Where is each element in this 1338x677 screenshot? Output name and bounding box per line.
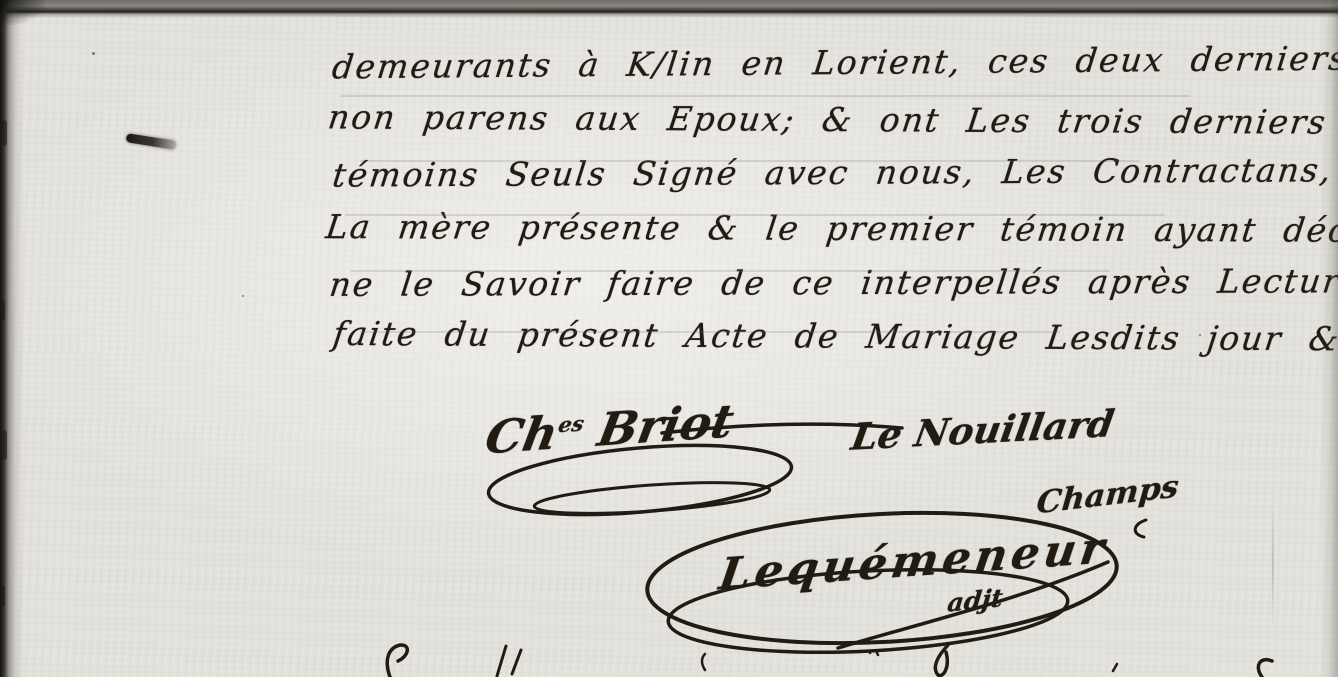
ghost-rule-line [360,160,1140,162]
binding-mark [0,300,5,320]
ghost-rule-line [345,214,1165,216]
signature-ches-briot: Ches Briot [482,398,737,461]
page-left-binding-edge [0,0,24,677]
signature-lequemeneur-title-adjoint: adjt [946,585,1004,616]
ghost-rule-line [350,270,1110,272]
ink-speck [92,52,95,55]
ink-speck [1199,334,1201,336]
signature-champs: Champs [1035,472,1180,520]
handwritten-line-1: demeurants à K/lin en Lorient, ces deux … [331,42,1338,84]
scanned-marriage-record-page: demeurants à K/lin en Lorient, ces deux … [0,0,1338,677]
page-top-edge [0,0,1338,18]
handwritten-line-6: faite du présent Acte de Mariage Lesdits… [331,317,1338,356]
ghost-rule-line [360,331,1060,333]
signature-briot-name: Briot [594,394,738,457]
binding-mark [1,120,7,146]
signature-le-nouillard: Le Nouillard [849,405,1117,456]
ghost-rule-line [340,95,1190,97]
binding-mark [1,430,7,460]
page-top-left-corner-shadow [0,0,46,26]
signature-briot-prefix: Ch [481,406,562,465]
ink-smudge [126,133,177,150]
page-right-edge [1320,0,1338,677]
binding-mark [0,585,5,607]
signature-lequemeneur: Lequémeneur [716,527,1110,598]
signature-briot-superscript: es [556,412,585,438]
ink-speck [242,295,244,297]
handwritten-line-2: non parens aux Epoux; & ont Les trois de… [326,100,1329,138]
paper-crease [1272,500,1274,628]
